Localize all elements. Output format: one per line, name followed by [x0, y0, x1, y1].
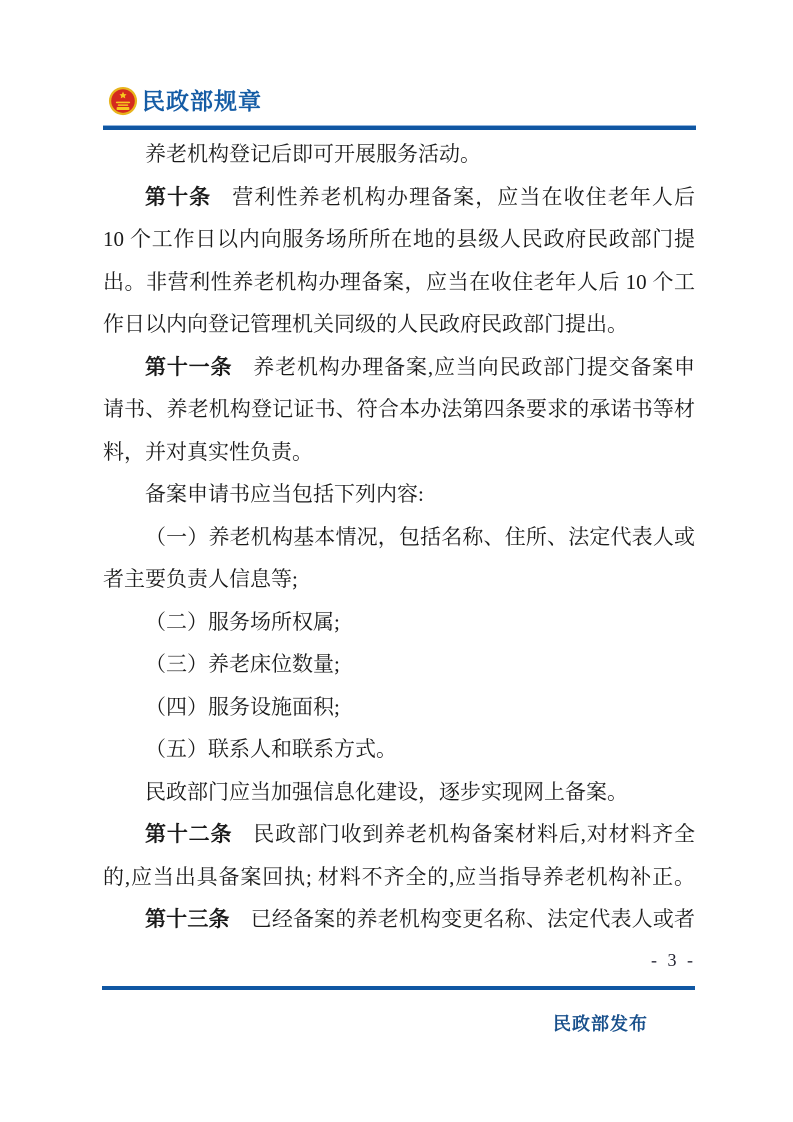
line-text: （三）养老床位数量; — [145, 652, 340, 676]
line-text: 料，并对真实性负责。 — [103, 440, 313, 464]
line-text: 的,应当出具备案回执; 材料不齐全的,应当指导养老机构补正。 — [103, 865, 695, 889]
national-emblem-icon — [108, 86, 138, 116]
document-line: （一）养老机构基本情况，包括名称、住所、法定代表人或 — [103, 516, 695, 559]
document-line: 第十二条民政部门收到养老机构备案材料后,对材料齐全 — [103, 813, 695, 856]
line-text: 养老机构办理备案,应当向民政部门提交备案申 — [253, 355, 695, 379]
line-text: 民政部门应当加强信息化建设，逐步实现网上备案。 — [145, 780, 628, 804]
article-number: 第十一条 — [145, 355, 232, 379]
document-line: 备案申请书应当包括下列内容: — [103, 473, 695, 516]
line-text: 者主要负责人信息等; — [103, 567, 298, 591]
document-line: 第十条营利性养老机构办理备案，应当在收住老年人后 — [103, 176, 695, 219]
line-text: （四）服务设施面积; — [145, 695, 340, 719]
article-number: 第十条 — [145, 185, 211, 209]
document-line: 者主要负责人信息等; — [103, 558, 695, 601]
line-text: （五）联系人和联系方式。 — [145, 737, 397, 761]
document-line: （二）服务场所权属; — [103, 601, 695, 644]
document-line: 出。非营利性养老机构办理备案，应当在收住老年人后 10 个工 — [103, 261, 695, 304]
page-title: 民政部规章 — [142, 86, 262, 116]
line-text: 10 个工作日以内向服务场所所在地的县级人民政府民政部门提 — [103, 227, 695, 251]
line-text: （一）养老机构基本情况，包括名称、住所、法定代表人或 — [145, 525, 695, 549]
document-line: （四）服务设施面积; — [103, 686, 695, 729]
document-line: 第十三条已经备案的养老机构变更名称、法定代表人或者 — [103, 898, 695, 941]
document-line: 10 个工作日以内向服务场所所在地的县级人民政府民政部门提 — [103, 218, 695, 261]
line-text: 备案申请书应当包括下列内容: — [145, 482, 424, 506]
document-line: （三）养老床位数量; — [103, 643, 695, 686]
document-line: 作日以内向登记管理机关同级的人民政府民政部门提出。 — [103, 303, 695, 346]
line-text: 请书、养老机构登记证书、符合本办法第四条要求的承诺书等材 — [103, 397, 695, 421]
document-body: 养老机构登记后即可开展服务活动。 第十条营利性养老机构办理备案，应当在收住老年人… — [103, 133, 695, 941]
line-text: （二）服务场所权属; — [145, 610, 340, 634]
line-text: 出。非营利性养老机构办理备案，应当在收住老年人后 10 个工 — [103, 270, 695, 294]
page-header: 民政部规章 — [108, 86, 262, 116]
page-number: - 3 - — [651, 950, 696, 971]
line-text: 养老机构登记后即可开展服务活动。 — [145, 142, 481, 166]
line-text: 已经备案的养老机构变更名称、法定代表人或者 — [251, 907, 695, 931]
header-divider — [103, 125, 696, 130]
article-number: 第十三条 — [145, 907, 230, 931]
document-line: 民政部门应当加强信息化建设，逐步实现网上备案。 — [103, 771, 695, 814]
document-line: （五）联系人和联系方式。 — [103, 728, 695, 771]
publisher-label: 民政部发布 — [553, 1010, 648, 1036]
document-line: 请书、养老机构登记证书、符合本办法第四条要求的承诺书等材 — [103, 388, 695, 431]
document-line: 料，并对真实性负责。 — [103, 431, 695, 474]
document-page: 民政部规章 养老机构登记后即可开展服务活动。 第十条营利性养老机构办理备案，应当… — [0, 0, 793, 1122]
footer-divider — [102, 986, 695, 990]
document-line: 的,应当出具备案回执; 材料不齐全的,应当指导养老机构补正。 — [103, 856, 695, 899]
article-number: 第十二条 — [145, 822, 232, 846]
line-text: 营利性养老机构办理备案，应当在收住老年人后 — [232, 185, 695, 209]
document-line: 第十一条养老机构办理备案,应当向民政部门提交备案申 — [103, 346, 695, 389]
line-text: 作日以内向登记管理机关同级的人民政府民政部门提出。 — [103, 312, 628, 336]
line-text: 民政部门收到养老机构备案材料后,对材料齐全 — [253, 822, 695, 846]
document-line: 养老机构登记后即可开展服务活动。 — [103, 133, 695, 176]
